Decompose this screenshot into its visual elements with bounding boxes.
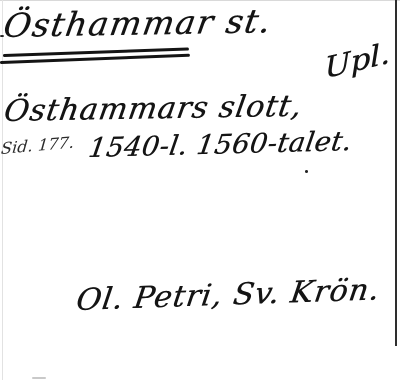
- top-edge-scan-line: [0, 0, 400, 1]
- index-card: Östhammar st. Upl. Östhammars slott, Sid…: [0, 0, 400, 380]
- left-edge-scan-line: [2, 0, 3, 380]
- source-citation: Ol. Petri, Sv. Krön.: [74, 272, 382, 318]
- ink-speck: [0, 35, 4, 37]
- card-title: Östhammar st.: [1, 1, 275, 45]
- page-reference: Sid. 177.: [0, 133, 75, 158]
- scan-artifact: [32, 377, 46, 379]
- date-range: 1540-l. 1560-talet.: [86, 126, 354, 164]
- ink-speck: [305, 170, 308, 173]
- subject-line: Östhammars slott,: [1, 89, 304, 129]
- province-abbreviation: Upl.: [324, 37, 390, 86]
- right-edge-scan-line: [395, 0, 397, 346]
